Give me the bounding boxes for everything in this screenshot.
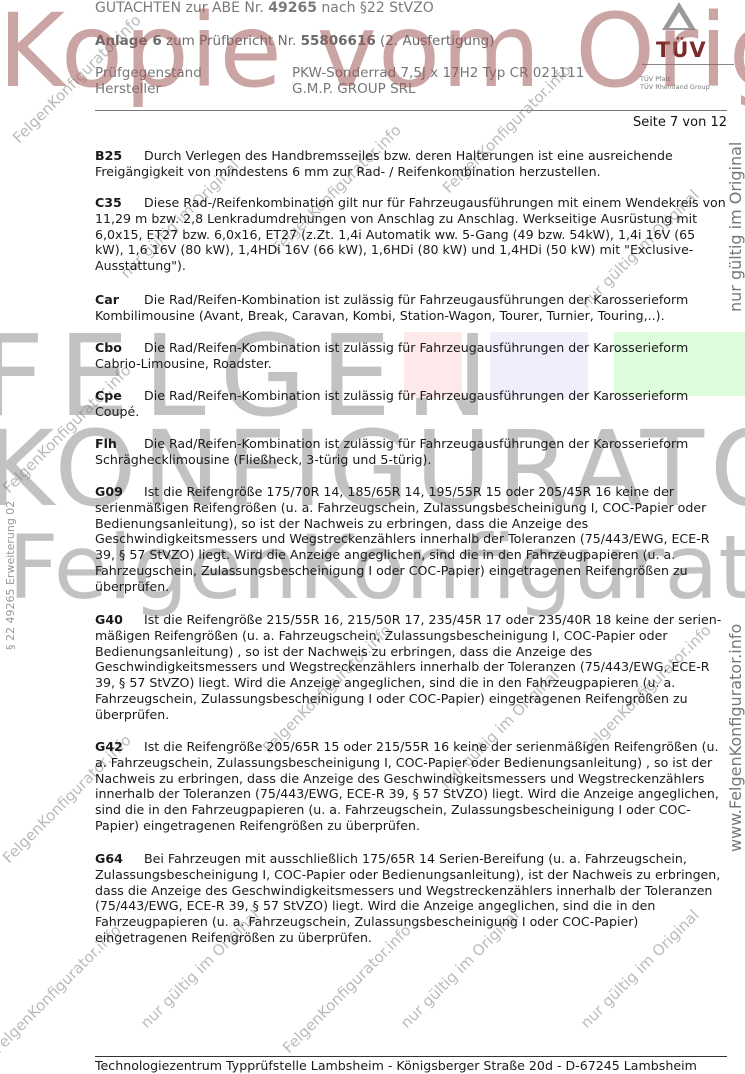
condition-car: CarDie Rad/Reifen-Kombination ist zuläss… <box>95 292 727 324</box>
condition-g40: G40Ist die Reifengröße 215/55R 16, 215/5… <box>95 612 727 723</box>
watermark-side-left: § 22 49265 Erweiterung 02 <box>4 501 17 650</box>
watermark-diagonal: FelgenKonfigurator.info <box>0 361 135 497</box>
watermark-side-right-top: nur gültig im Original <box>726 142 745 312</box>
appendix-line: Anlage 6 zum Prüfbericht Nr. 55806616 (2… <box>95 33 494 49</box>
condition-cpe: CpeDie Rad/Reifen-Kombination ist zuläss… <box>95 388 727 420</box>
report-number: 55806616 <box>301 33 376 49</box>
field-value: G.M.P. GROUP SRL <box>292 81 416 97</box>
condition-g09: G09Ist die Reifengröße 175/70R 14, 185/6… <box>95 484 727 595</box>
condition-flh: FlhDie Rad/Reifen-Kombination ist zuläss… <box>95 436 727 468</box>
condition-g64: G64Bei Fahrzeugen mit ausschließlich 175… <box>95 851 727 946</box>
report-title: GUTACHTEN zur ABE Nr. 49265 nach §22 StV… <box>95 0 434 16</box>
condition-g42: G42Ist die Reifengröße 205/65R 15 oder 2… <box>95 739 727 834</box>
field-label: Hersteller <box>95 81 295 97</box>
tuv-logo: TÜV TÜV PfalzTÜV Rheinland Group <box>636 0 736 95</box>
watermark-side-right-bottom: www.FelgenKonfigurator.info <box>726 624 745 852</box>
field-value: PKW-Sonderrad 7,5J x 17H2 Typ CR 021111 <box>292 65 584 81</box>
footer-divider <box>95 1056 727 1057</box>
abe-number: 49265 <box>268 0 317 16</box>
page-number: Seite 7 von 12 <box>633 115 727 130</box>
header-divider <box>95 110 727 111</box>
condition-cbo: CboDie Rad/Reifen-Kombination ist zuläss… <box>95 340 727 372</box>
field-label: Prüfgegenstand <box>95 65 295 81</box>
document-page: FelgenKonfigurator.info nur gültig im Or… <box>0 0 745 1074</box>
condition-b25: B25Durch Verlegen des Handbremsseiles bz… <box>95 148 727 180</box>
condition-c35: C35Diese Rad-/Reifenkombination gilt nur… <box>95 195 727 274</box>
footer-address: Technologiezentrum Typprüfstelle Lambshe… <box>95 1058 697 1073</box>
